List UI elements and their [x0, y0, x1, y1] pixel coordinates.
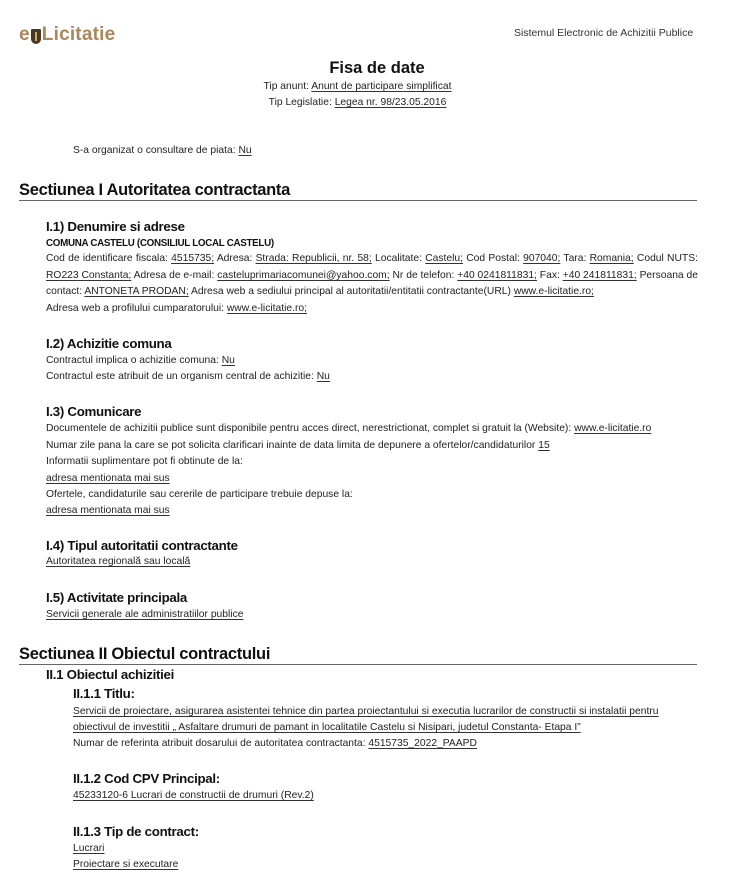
elicitatie-logo[interactable]: e Licitatie [19, 24, 115, 46]
section-2-title: Sectiunea II Obiectul contractului [19, 644, 697, 665]
cod-fiscal: 4515735; [171, 253, 214, 264]
cpv-value: 45233120-6 Lucrari de constructii de dru… [73, 790, 314, 801]
fax: +40 241811831; [563, 270, 637, 281]
adresa-label: Adresa: [217, 253, 253, 264]
shield-icon [31, 29, 41, 44]
consultare-label: S-a organizat o consultare de piata: [73, 145, 236, 156]
achizitie-comuna: Contractul implica o achizitie comuna: N… [46, 355, 235, 366]
central-label: Contractul este atribuit de un organism … [46, 371, 314, 382]
tip-legislatie-value: Legea nr. 98/23.05.2016 [335, 97, 447, 108]
tip-autoritate-value: Autoritatea regională sau locală [46, 556, 190, 567]
tip-anunt-label: Tip anunt: [264, 81, 309, 92]
heading-ii1-2: II.1.2 Cod CPV Principal: [73, 771, 220, 786]
zile-value: 15 [538, 440, 549, 451]
titlu-line-1: Servicii de proiectare, asigurarea asist… [73, 706, 659, 717]
info-label: Informatii suplimentare pot fi obtinute … [46, 456, 243, 467]
org-name: COMUNA CASTELU (CONSILIUL LOCAL CASTELU) [46, 238, 274, 249]
oferte-label: Ofertele, candidaturile sau cererile de … [46, 489, 353, 500]
contact-details: Cod de identificare fiscala: 4515735; Ad… [46, 251, 698, 318]
heading-i1: I.1) Denumire si adrese [46, 219, 185, 234]
zile-label: Numar zile pana la care se pot solicita … [46, 440, 535, 451]
heading-ii1-1: II.1.1 Titlu: [73, 686, 135, 701]
telefon-label: Nr de telefon: [393, 270, 455, 281]
nuts-label: Codul NUTS: [637, 253, 698, 264]
section-1-title: Sectiunea I Autoritatea contractanta [19, 180, 697, 201]
numar-referinta: Numar de referinta atribuit dosarului de… [73, 738, 477, 749]
numar-zile: Numar zile pana la care se pot solicita … [46, 440, 550, 451]
ref-value: 4515735_2022_PAAPD [368, 738, 477, 749]
page-title: Fisa de date [0, 59, 754, 78]
system-title: Sistemul Electronic de Achizitii Publice [514, 27, 693, 39]
consultare-value: Nu [238, 145, 251, 156]
tip-contract-value-2: Proiectare si executare [73, 859, 178, 870]
localitate-label: Localitate: [375, 253, 422, 264]
nuts: RO223 Constanta; [46, 270, 131, 281]
email: casteluprimariacomunei@yahoo.com; [217, 270, 389, 281]
ref-label: Numar de referinta atribuit dosarului de… [73, 738, 365, 749]
central-value: Nu [317, 371, 330, 382]
tara-label: Tara: [563, 253, 586, 264]
documente-acces: Documentele de achizitii publice sunt di… [46, 423, 651, 434]
heading-ii1: II.1 Obiectul achizitiei [46, 667, 174, 682]
heading-i5: I.5) Activitate principala [46, 590, 187, 605]
consultare-piata: S-a organizat o consultare de piata: Nu [73, 145, 252, 156]
tara: Romania; [590, 253, 634, 264]
docs-label: Documentele de achizitii publice sunt di… [46, 423, 571, 434]
web-profil-link[interactable]: www.e-licitatie.ro; [227, 303, 307, 314]
tip-legislatie: Tip Legislatie: Legea nr. 98/23.05.2016 [0, 97, 715, 108]
localitate: Castelu; [425, 253, 463, 264]
tip-contract-value-1: Lucrari [73, 843, 104, 854]
cod-postal: 907040; [523, 253, 560, 264]
tip-anunt-value: Anunt de participare simplificat [311, 81, 451, 92]
organism-central: Contractul este atribuit de un organism … [46, 371, 330, 382]
docs-website-link[interactable]: www.e-licitatie.ro [574, 423, 651, 434]
fax-label: Fax: [540, 270, 560, 281]
heading-ii1-3: II.1.3 Tip de contract: [73, 824, 199, 839]
telefon: +40 0241811831; [457, 270, 537, 281]
heading-i4: I.4) Tipul autoritatii contractante [46, 538, 238, 553]
titlu-line-2: obiectivul de investitii „ Asfaltare dru… [73, 722, 581, 733]
web-profil-label: Adresa web a profilului cumparatorului: [46, 303, 224, 314]
heading-i2: I.2) Achizitie comuna [46, 336, 171, 351]
web-sediu-link[interactable]: www.e-licitatie.ro; [514, 286, 594, 297]
cod-postal-label: Cod Postal: [466, 253, 520, 264]
heading-i3: I.3) Comunicare [46, 404, 141, 419]
comuna-value: Nu [222, 355, 235, 366]
activitate-value: Servicii generale ale administratiilor p… [46, 609, 243, 620]
tip-legislatie-label: Tip Legislatie: [269, 97, 332, 108]
oferte-value: adresa mentionata mai sus [46, 505, 170, 516]
cod-fiscal-label: Cod de identificare fiscala: [46, 253, 168, 264]
adresa: Strada: Republicii, nr. 58; [256, 253, 372, 264]
logo-text: Licitatie [42, 24, 116, 46]
logo-prefix: e [19, 24, 30, 46]
comuna-label: Contractul implica o achizitie comuna: [46, 355, 219, 366]
email-label: Adresa de e-mail: [134, 270, 215, 281]
web-sediu-label: Adresa web a sediului principal al autor… [191, 286, 511, 297]
tip-anunt: Tip anunt: Anunt de participare simplifi… [0, 81, 715, 92]
contact-person: ANTONETA PRODAN; [84, 286, 188, 297]
info-value: adresa mentionata mai sus [46, 473, 170, 484]
